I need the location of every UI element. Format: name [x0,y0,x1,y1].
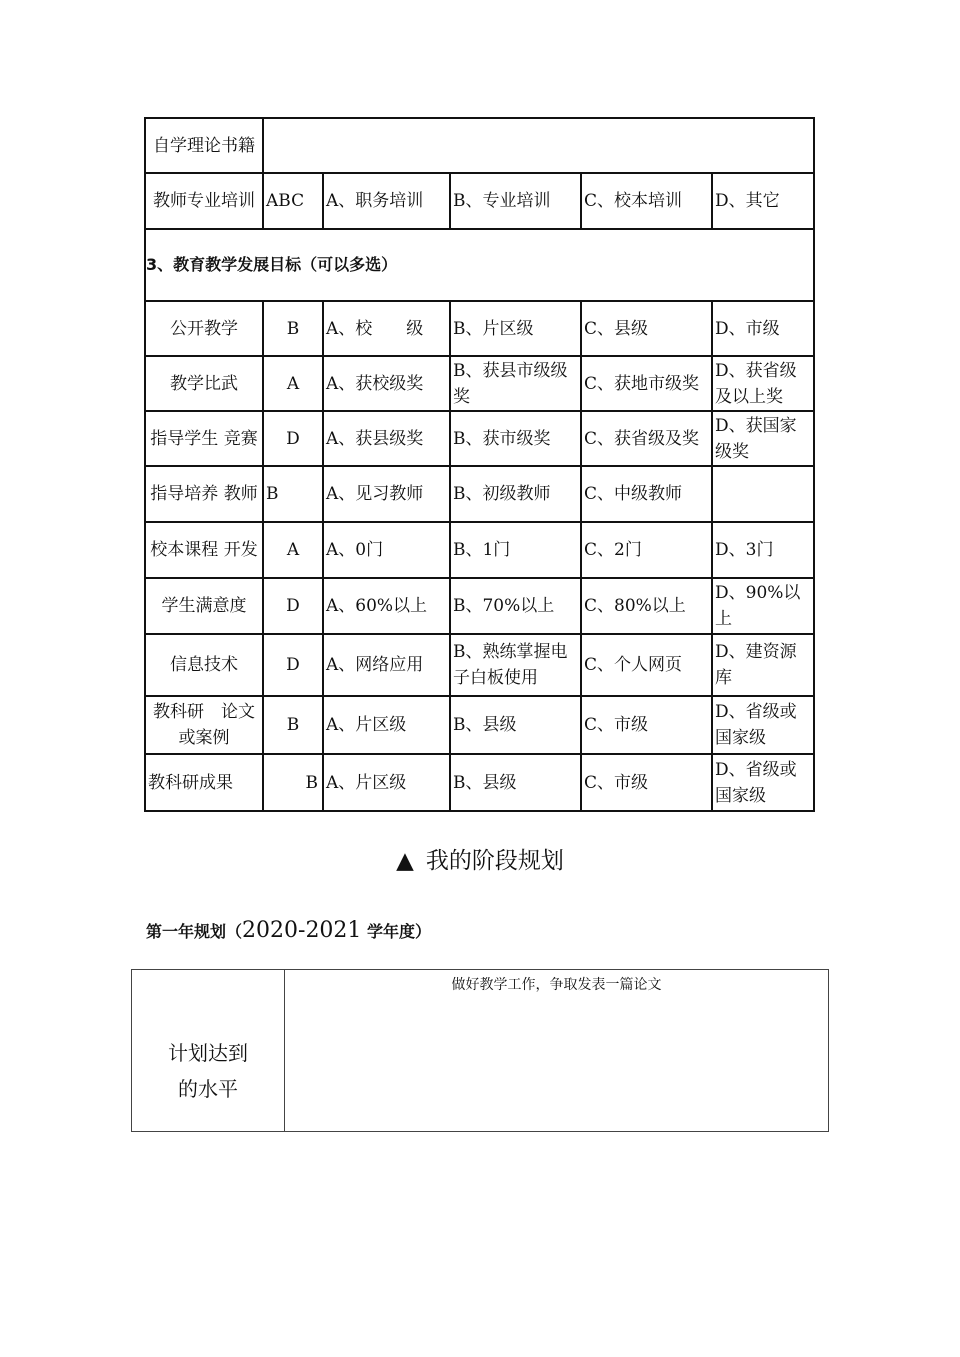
plan-level-label: 计划达到的水平 [132,970,285,1132]
year-plan-prefix: 第一年规划（ [146,922,242,941]
option-b: B、1门 [450,522,581,578]
option-b: B、专业培训 [450,173,581,229]
section-title: 3、教育教学发展目标（可以多选） [145,229,814,301]
option-c: C、市级 [581,754,712,811]
table-row: 教科研 论文或案例 B A、片区级 B、县级 C、市级 D、省级或国家级 [145,696,814,754]
triangle-icon: ▲ [396,848,414,874]
option-a: A、职务培训 [323,173,450,229]
option-b: B、获县市级级奖 [450,356,581,411]
option-d-empty [712,466,814,522]
row-choice: ABC [263,173,323,229]
option-b: B、70%以上 [450,578,581,634]
table-row: 自学理论书籍 [145,118,814,173]
row-label: 指导培养 教师 [145,466,263,522]
option-d: D、90%以上 [712,578,814,634]
option-b: B、县级 [450,754,581,811]
row-choice: B [263,466,323,522]
option-d: D、市级 [712,301,814,356]
row-label: 校本课程 开发 [145,522,263,578]
table-row: 校本课程 开发 A A、0门 B、1门 C、2门 D、3门 [145,522,814,578]
option-a: A、0门 [323,522,450,578]
section-heading: ▲我的阶段规划 [0,842,960,875]
option-b: B、初级教师 [450,466,581,522]
row-choice: A [263,356,323,411]
row-choice: D [263,578,323,634]
section-heading-text: 我的阶段规划 [426,848,564,874]
option-d: D、3门 [712,522,814,578]
option-c: C、获省级及奖 [581,411,712,466]
row-choice: B [263,696,323,754]
table-row: 信息技术 D A、网络应用 B、熟练掌握电子白板使用 C、个人网页 D、建资源库 [145,634,814,696]
plan-level-value: 做好教学工作，争取发表一篇论文 [285,970,829,1132]
option-d: D、获国家级奖 [712,411,814,466]
row-choice: B [263,754,323,811]
option-d: D、省级或国家级 [712,754,814,811]
row-choice: D [263,411,323,466]
option-a: A、片区级 [323,696,450,754]
option-c: C、获地市级奖 [581,356,712,411]
option-a: A、片区级 [323,754,450,811]
option-d: D、其它 [712,173,814,229]
option-a: A、校 级 [323,301,450,356]
option-c: C、市级 [581,696,712,754]
row-label: 学生满意度 [145,578,263,634]
option-c: C、中级教师 [581,466,712,522]
year-plan-suffix: 学年度） [361,922,431,941]
option-b: B、获市级奖 [450,411,581,466]
option-a: A、获校级奖 [323,356,450,411]
option-d: D、省级或国家级 [712,696,814,754]
option-c: C、县级 [581,301,712,356]
row-label: 指导学生 竞赛 [145,411,263,466]
row-label: 教学比武 [145,356,263,411]
row-value-empty [263,118,814,173]
option-b: B、熟练掌握电子白板使用 [450,634,581,696]
table-row: 教科研成果 B A、片区级 B、县级 C、市级 D、省级或国家级 [145,754,814,811]
table-row: 指导培养 教师 B A、见习教师 B、初级教师 C、中级教师 [145,466,814,522]
row-choice: D [263,634,323,696]
option-d: D、建资源库 [712,634,814,696]
option-b: B、片区级 [450,301,581,356]
option-c: C、个人网页 [581,634,712,696]
table-row: 指导学生 竞赛 D A、获县级奖 B、获市级奖 C、获省级及奖 D、获国家级奖 [145,411,814,466]
development-goals-table: 自学理论书籍 教师专业培训 ABC A、职务培训 B、专业培训 C、校本培训 D… [144,117,815,812]
option-a: A、见习教师 [323,466,450,522]
table-row: 教师专业培训 ABC A、职务培训 B、专业培训 C、校本培训 D、其它 [145,173,814,229]
row-label: 教师专业培训 [145,173,263,229]
row-choice: B [263,301,323,356]
option-c: C、80%以上 [581,578,712,634]
year-plan-title: 第一年规划（2020-2021 学年度） [146,918,431,943]
option-c: C、2门 [581,522,712,578]
option-c: C、校本培训 [581,173,712,229]
year-plan-table: 计划达到的水平 做好教学工作，争取发表一篇论文 [131,969,829,1132]
option-d: D、获省级及以上奖 [712,356,814,411]
option-a: A、60%以上 [323,578,450,634]
table-row: 公开教学 B A、校 级 B、片区级 C、县级 D、市级 [145,301,814,356]
row-label: 教科研 论文或案例 [145,696,263,754]
row-label: 公开教学 [145,301,263,356]
row-choice: A [263,522,323,578]
row-label: 信息技术 [145,634,263,696]
table-row: 计划达到的水平 做好教学工作，争取发表一篇论文 [132,970,829,1132]
section-row: 3、教育教学发展目标（可以多选） [145,229,814,301]
table-row: 学生满意度 D A、60%以上 B、70%以上 C、80%以上 D、90%以上 [145,578,814,634]
option-b: B、县级 [450,696,581,754]
option-a: A、网络应用 [323,634,450,696]
plan-level-label-text: 计划达到的水平 [163,1035,253,1107]
year-plan-years: 2020-2021 [242,918,361,943]
row-label: 教科研成果 [145,754,263,811]
row-label: 自学理论书籍 [145,118,263,173]
option-a: A、获县级奖 [323,411,450,466]
table-row: 教学比武 A A、获校级奖 B、获县市级级奖 C、获地市级奖 D、获省级及以上奖 [145,356,814,411]
